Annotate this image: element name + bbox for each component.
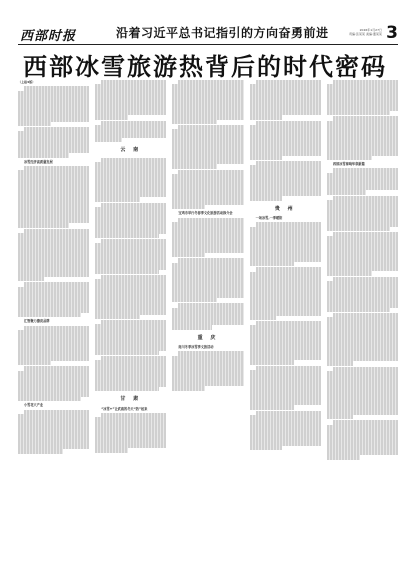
paragraph xyxy=(327,277,398,312)
paragraph xyxy=(18,410,89,454)
paragraph xyxy=(172,351,243,391)
paragraph xyxy=(327,420,398,460)
column-3: 宝鸡市举行冬春季文化旅游活动推介会重 庆南川冬季冰雪季文旅活动 xyxy=(172,80,243,550)
paragraph xyxy=(18,366,89,401)
subheading: 南川冬季冰雪季文旅活动 xyxy=(178,345,243,349)
paragraph xyxy=(250,321,321,365)
paragraph xyxy=(95,413,166,453)
subheading: 宝鸡市举行冬春季文化旅游活动推介会 xyxy=(178,211,243,215)
continued-from-label: （上接4版） xyxy=(18,80,89,84)
page-number: 3 xyxy=(386,23,398,43)
paragraph xyxy=(327,313,398,366)
paragraph xyxy=(18,86,89,126)
paragraph xyxy=(327,232,398,276)
region-heading: 重 庆 xyxy=(172,336,243,340)
paragraph xyxy=(172,170,243,210)
column-1: （上接4版）冰雪经济高质量发展汇智聚力擦亮品牌小雪花大产业 xyxy=(18,80,89,550)
paragraph xyxy=(327,196,398,231)
paragraph xyxy=(172,258,243,302)
paragraph xyxy=(327,168,398,194)
subheading: 小雪花大产业 xyxy=(24,403,89,407)
column-5: 西部冰雪奏响华章新篇 xyxy=(327,80,398,550)
editors: 责编:张某某 美编:董某某 xyxy=(349,32,382,36)
paragraph xyxy=(250,267,321,320)
column-2: 云 南甘 肃“冰雪+”让武威的冬天“热”起来 xyxy=(95,80,166,550)
paragraph xyxy=(95,320,166,355)
paragraph xyxy=(172,303,243,329)
paragraph xyxy=(95,121,166,143)
paragraph xyxy=(250,161,321,201)
paragraph xyxy=(95,275,166,319)
paragraph xyxy=(172,218,243,258)
paragraph xyxy=(95,158,166,202)
paragraph xyxy=(250,366,321,410)
paragraph xyxy=(172,80,243,124)
paragraph xyxy=(250,222,321,266)
subheading: 西部冰雪奏响华章新篇 xyxy=(333,162,398,166)
paragraph xyxy=(95,239,166,274)
headline: 西部冰雪旅游热背后的时代密码 xyxy=(0,47,410,82)
paragraph xyxy=(95,356,166,391)
paragraph xyxy=(172,125,243,169)
paragraph xyxy=(250,411,321,451)
dateline: 2026年1月27日 责编:张某某 美编:董某某 xyxy=(349,28,382,36)
paragraph xyxy=(327,367,398,420)
subheading: 冰雪经济高质量发展 xyxy=(24,160,89,164)
paragraph xyxy=(327,116,398,160)
article-columns: （上接4版）冰雪经济高质量发展汇智聚力擦亮品牌小雪花大产业 云 南甘 肃“冰雪+… xyxy=(18,80,398,550)
paragraph xyxy=(18,166,89,227)
paragraph xyxy=(327,80,398,115)
region-heading: 贵 州 xyxy=(250,207,321,211)
masthead: 西部时报 沿着习近平总书记指引的方向奋勇前进 2026年1月27日 责编:张某某… xyxy=(18,22,398,45)
subheading: “冰雪+”让武威的冬天“热”起来 xyxy=(101,407,166,411)
paragraph xyxy=(250,80,321,120)
paragraph xyxy=(18,127,89,158)
paragraph xyxy=(95,203,166,238)
paragraph xyxy=(18,229,89,282)
paragraph xyxy=(95,80,166,120)
newspaper-page: 西部时报 沿着习近平总书记指引的方向奋勇前进 2026年1月27日 责编:张某某… xyxy=(0,0,410,571)
region-heading: 甘 肃 xyxy=(95,397,166,401)
region-heading: 云 南 xyxy=(95,148,166,152)
column-4: 贵 州一场冰雪,一季暖阳 xyxy=(250,80,321,550)
newspaper-logo: 西部时报 xyxy=(20,25,76,44)
subheading: 一场冰雪,一季暖阳 xyxy=(256,216,321,220)
paragraph xyxy=(250,121,321,161)
paragraph xyxy=(18,326,89,366)
subheading: 汇智聚力擦亮品牌 xyxy=(24,319,89,323)
section-kicker: 沿着习近平总书记指引的方向奋勇前进 xyxy=(116,24,329,41)
paragraph xyxy=(18,282,89,317)
